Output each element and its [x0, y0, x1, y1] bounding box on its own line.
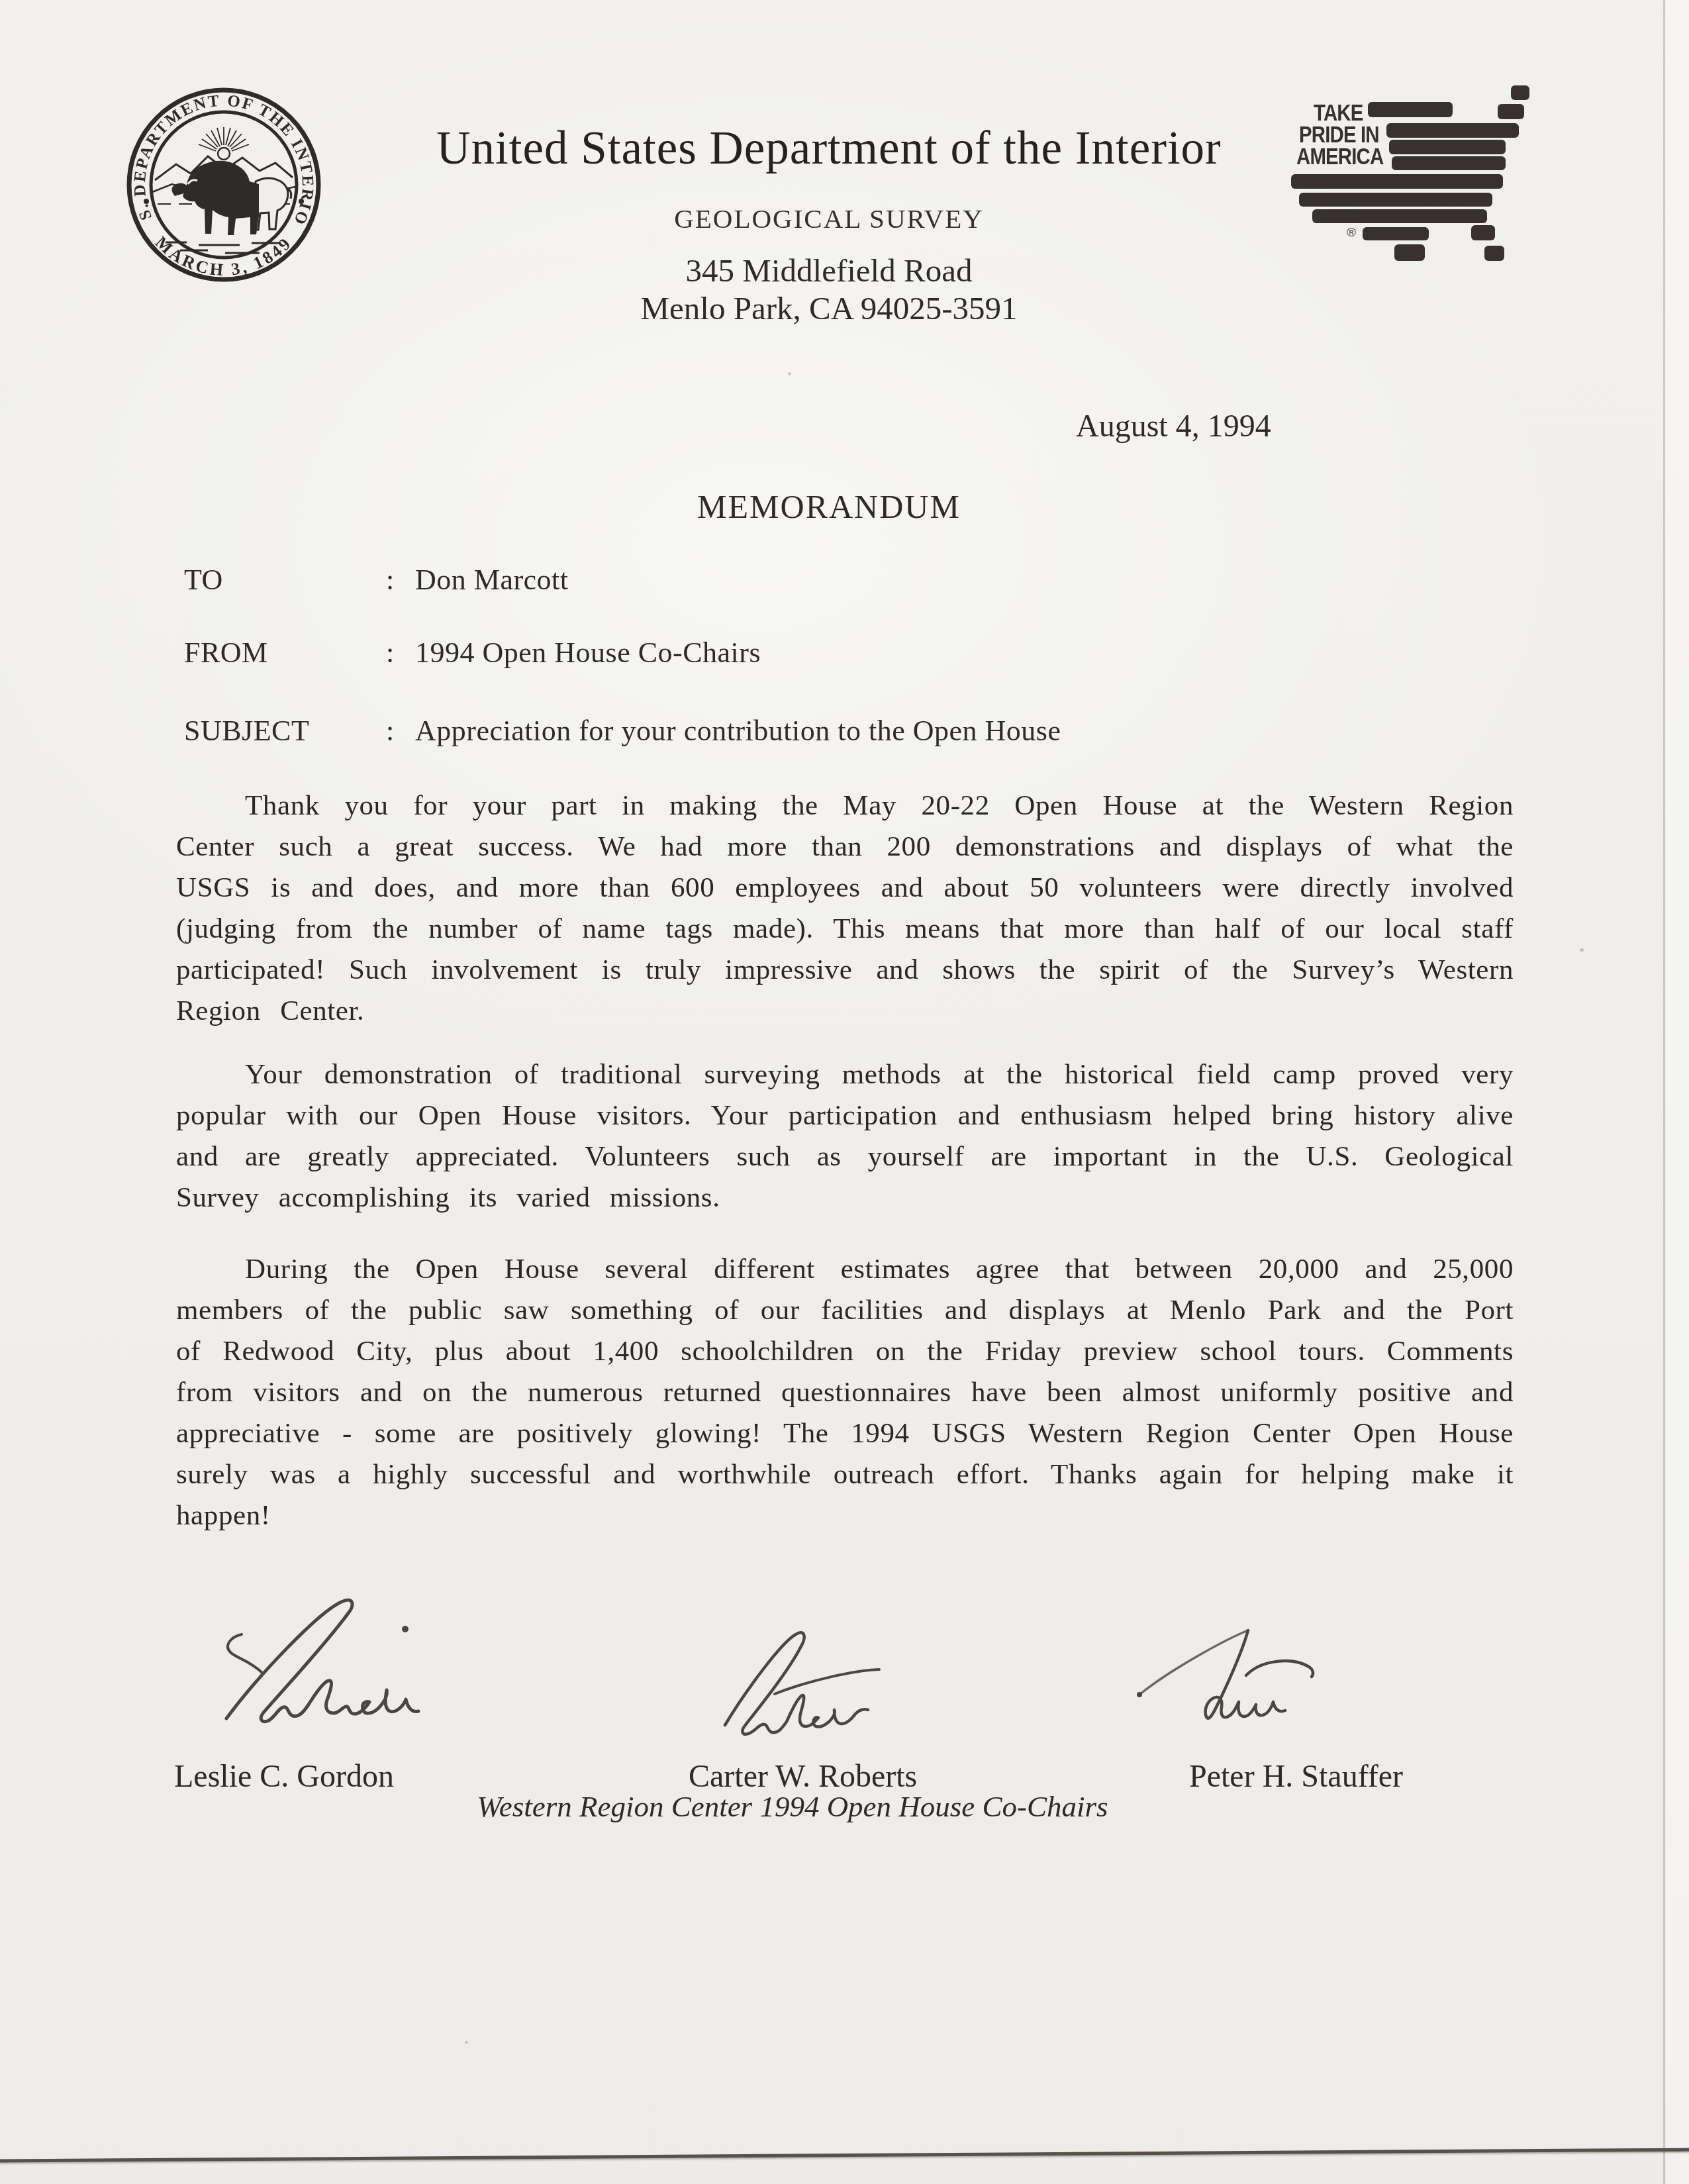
- signature-peter-stauffer: [1092, 1589, 1344, 1775]
- scan-speck: [465, 2041, 468, 2044]
- scan-edge-line: [1663, 0, 1665, 2184]
- field-row-to: TO:Don Marcott: [184, 563, 569, 597]
- scan-edge-highlight: [1666, 0, 1689, 2184]
- flag-bar: [1291, 174, 1503, 189]
- seal-dot-right: [299, 199, 304, 204]
- address-line-1: 345 Middlefield Road: [381, 252, 1277, 289]
- flag-bar: [1299, 193, 1492, 207]
- agency-title: United States Department of the Interior: [381, 122, 1277, 175]
- flag-bar: [1363, 227, 1429, 240]
- paragraph-2: Your demonstration of traditional survey…: [176, 1054, 1514, 1218]
- signature-leslie-gordon: [172, 1583, 450, 1755]
- field-label-from: FROM: [184, 636, 386, 670]
- paragraph-1: Thank you for your part in making the Ma…: [176, 785, 1514, 1032]
- paper-bottom-edge: [0, 2148, 1689, 2162]
- registered-mark: ®: [1347, 226, 1356, 240]
- address-line-2: Menlo Park, CA 94025-3591: [381, 289, 1277, 327]
- sun-icon: [218, 148, 230, 160]
- field-colon: :: [386, 563, 415, 597]
- flag-bar: [1394, 244, 1425, 261]
- flag-text-pride-in: PRIDE IN: [1299, 123, 1379, 146]
- flag-bar: [1312, 209, 1487, 223]
- field-value-to: Don Marcott: [415, 564, 569, 596]
- memo-heading: MEMORANDUM: [381, 487, 1277, 526]
- flag-bar: [1511, 85, 1529, 100]
- field-colon: :: [386, 714, 415, 748]
- field-value-subject: Appreciation for your contribution to th…: [415, 715, 1061, 747]
- flag-bar: [1498, 104, 1524, 119]
- flag-bar: [1368, 102, 1453, 117]
- flag-bar: [1471, 225, 1495, 240]
- flag-bar: [1392, 156, 1506, 170]
- field-value-from: 1994 Open House Co-Chairs: [415, 636, 761, 669]
- field-label-subject: SUBJECT: [184, 714, 386, 748]
- memo-date: August 4, 1994: [1076, 408, 1271, 444]
- signature-carter-roberts: [682, 1596, 934, 1768]
- scanned-memo-page: U.S. DEPARTMENT OF THE INTERIOR MARCH 3,…: [0, 0, 1689, 2184]
- scan-speck: [1580, 948, 1584, 952]
- seal-dot-left: [144, 199, 149, 204]
- take-pride-in-america-icon: TAKE PRIDE IN AMERICA ®: [1291, 85, 1537, 262]
- paragraph-3: During the Open House several different …: [176, 1249, 1514, 1536]
- field-colon: :: [386, 636, 415, 670]
- field-label-to: TO: [184, 563, 386, 597]
- flag-bar: [1389, 140, 1506, 154]
- doi-seal: U.S. DEPARTMENT OF THE INTERIOR MARCH 3,…: [126, 83, 322, 287]
- flag-bar: [1386, 123, 1519, 138]
- bureau-name: GEOLOGICAL SURVEY: [381, 203, 1277, 234]
- field-row-from: FROM:1994 Open House Co-Chairs: [184, 636, 761, 670]
- scan-speck: [788, 372, 791, 375]
- field-row-subject: SUBJECT:Appreciation for your contributi…: [184, 714, 1061, 748]
- flag-text-take: TAKE: [1314, 101, 1363, 124]
- flag-text-america: AMERICA: [1296, 145, 1383, 168]
- flag-bar: [1484, 246, 1504, 261]
- signature-caption: Western Region Center 1994 Open House Co…: [276, 1789, 1309, 1824]
